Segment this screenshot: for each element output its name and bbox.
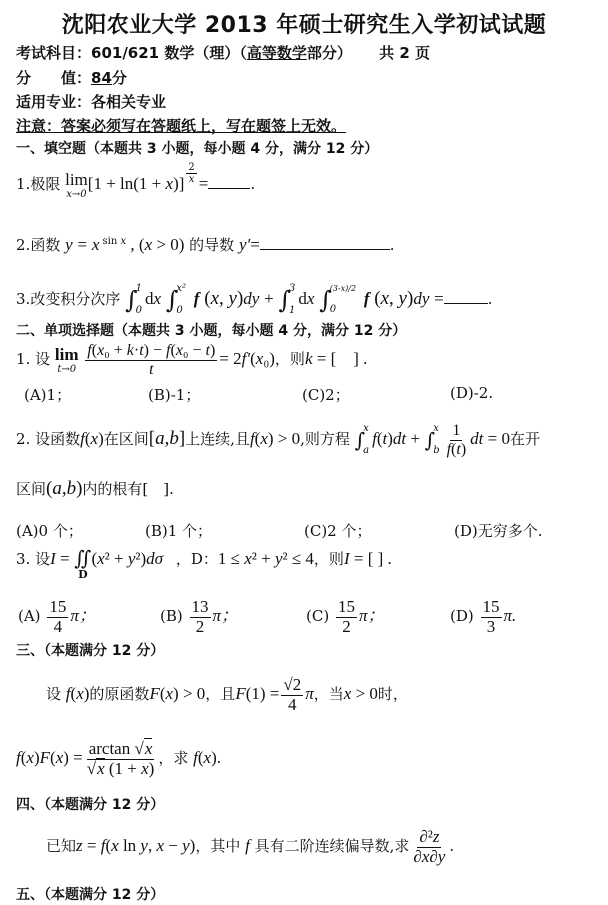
s3-body-line2: f(x)F(x) =arctan √x√x (1 + x)，求 f(x). bbox=[16, 740, 221, 778]
answer-blank bbox=[208, 188, 250, 189]
score-value: 84 bbox=[91, 69, 112, 87]
subject-line: 考试科目：601/621 数学（理）（高等数学部分） 共 2 页 bbox=[16, 42, 430, 63]
notice: 注意：答案必须写在答题纸上，写在题签上无效。 bbox=[16, 115, 346, 136]
s3-body-line1: 设 f(x)的原函数F(x) > 0，且F(1) =√24π，当x > 0时， bbox=[46, 676, 408, 714]
section-3-title: 三、（本题满分 12 分） bbox=[16, 640, 164, 660]
option-d: (D) 153π. bbox=[450, 598, 516, 636]
exam-title: 沈阳农业大学 2013 年硕士研究生入学初试试题 bbox=[0, 8, 608, 39]
score-line: 分 值：84分 bbox=[16, 67, 127, 88]
section-1-title: 一、填空题（本题共 3 小题，每小题 4 分，满分 12 分） bbox=[16, 138, 378, 158]
s2-question-3: 3. 设I = ∬D(x² + y²)dσ ，D：1 ≤ x² + y² ≤ 4… bbox=[16, 548, 392, 581]
score-label: 分 值： bbox=[16, 69, 91, 87]
subject-part-underlined: 高等数学 bbox=[247, 44, 307, 62]
option-c: (C) 152π； bbox=[306, 598, 385, 636]
limit-expression: limx→0 bbox=[65, 170, 88, 200]
section-5-title: 五、（本题满分 12 分） bbox=[16, 884, 164, 904]
subject-part-rest: 部分） bbox=[307, 44, 352, 62]
s2-question-2: 2. 设函数f(x)在区间[a,b]上连续,且f(x) > 0,则方程 ∫xaf… bbox=[16, 422, 540, 458]
option-c: (C)2 个； bbox=[304, 520, 372, 541]
major-line: 适用专业：各相关专业 bbox=[16, 91, 166, 112]
section-2-title: 二、单项选择题（本题共 3 小题，每小题 4 分，满分 12 分） bbox=[16, 320, 406, 340]
score-unit: 分 bbox=[112, 69, 127, 87]
subject-code: 601/621 数学（理）（ bbox=[91, 44, 247, 62]
s1-question-1: 1.极限 limx→0[1 + ln(1 + x)]2x=. bbox=[16, 170, 255, 200]
option-a: (A)1； bbox=[24, 384, 71, 405]
s2-question-2-cont: 区间(a,b)内的根有[ ]. bbox=[16, 478, 174, 500]
s1-question-3: 3.改变积分次序 ∫10dx ∫x²0 f (x, y)dy + ∫31dx ∫… bbox=[16, 284, 493, 316]
page-count: 共 2 页 bbox=[379, 44, 430, 62]
option-c: (C)2； bbox=[302, 384, 350, 405]
option-b: (B) 132π； bbox=[160, 598, 238, 636]
major-label: 适用专业： bbox=[16, 93, 91, 111]
option-b: (B)-1； bbox=[148, 384, 200, 405]
subject-label: 考试科目： bbox=[16, 44, 91, 62]
option-b: (B)1 个； bbox=[145, 520, 212, 541]
answer-blank bbox=[444, 303, 488, 304]
option-a: (A)0 个； bbox=[16, 520, 83, 541]
option-d: (D)-2. bbox=[450, 384, 493, 402]
s1-question-2: 2.函数 y = x sin x , (x > 0) 的导数 y′=. bbox=[16, 234, 395, 255]
s4-body: 已知z = f(x ln y, x − y)，其中 f 具有二阶连续偏导数,求∂… bbox=[46, 828, 454, 866]
answer-blank bbox=[260, 249, 390, 250]
major-value: 各相关专业 bbox=[91, 93, 166, 111]
section-4-title: 四、（本题满分 12 分） bbox=[16, 794, 164, 814]
option-d: (D)无穷多个. bbox=[454, 520, 543, 541]
option-a: (A) 154π； bbox=[18, 598, 96, 636]
s2-question-1: 1. 设 limt→0 f(x₀ + k·t) − f(x₀ − t)t= 2f… bbox=[16, 342, 367, 378]
